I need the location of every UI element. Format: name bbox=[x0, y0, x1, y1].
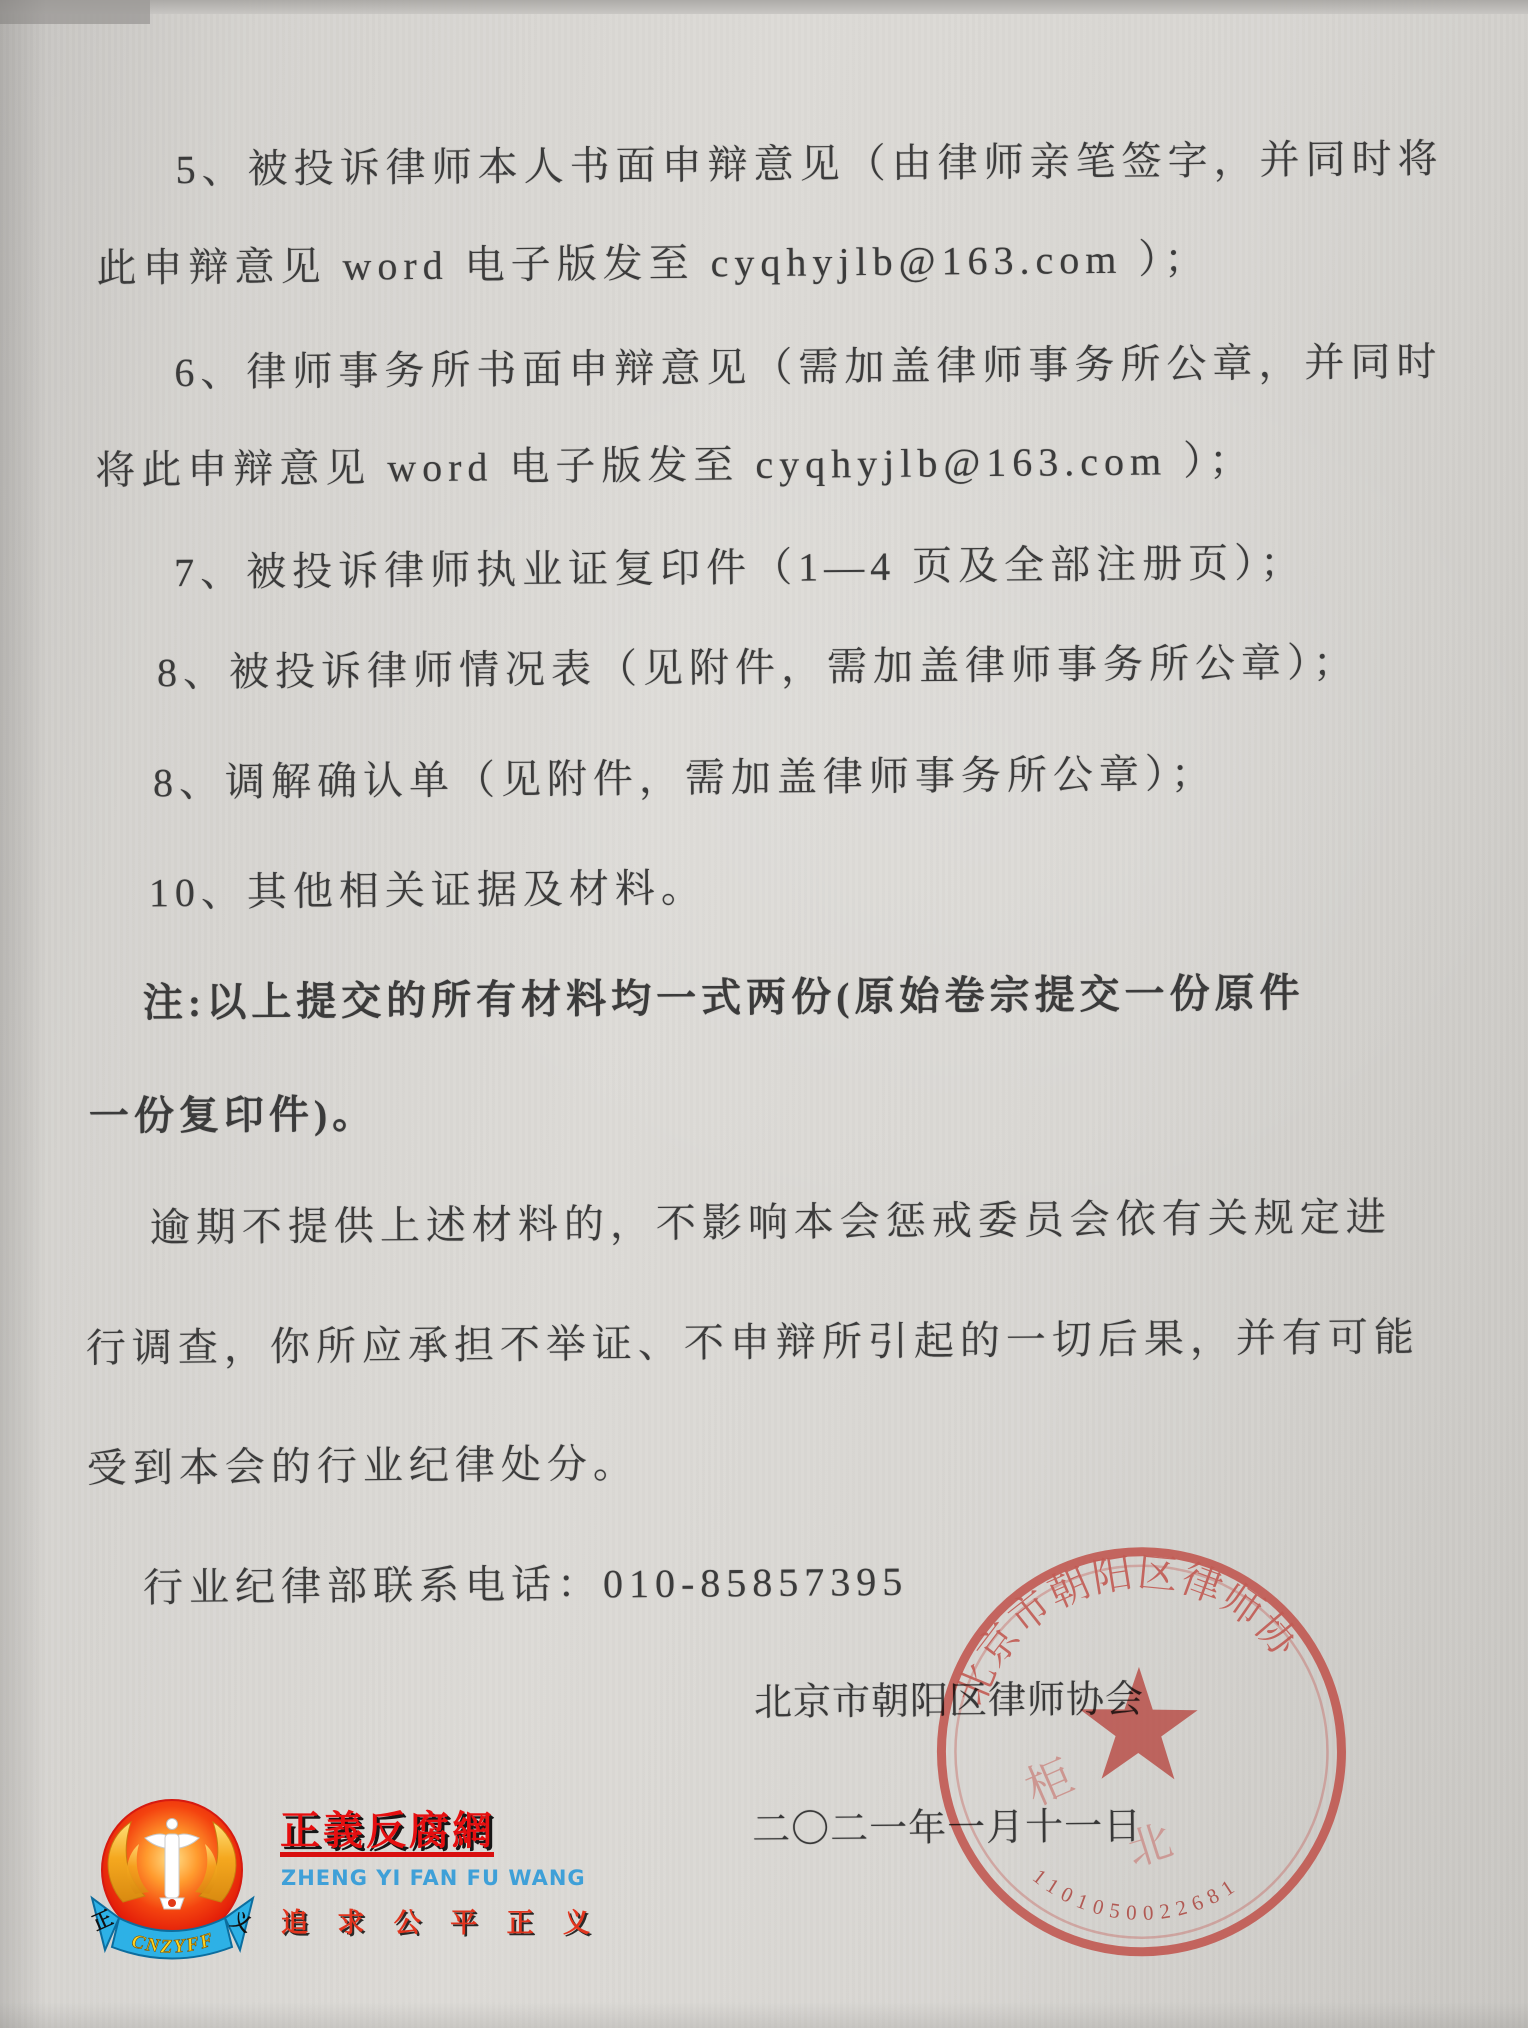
doc-line-item5: 5、被投诉律师本人书面申辩意见（由律师亲笔签字，并同时将 bbox=[175, 127, 1443, 195]
logo-slogan: 追 求 公 平 正 义 bbox=[281, 1901, 600, 1940]
seal-star-icon bbox=[1075, 1660, 1206, 1790]
doc-line-warning1: 逾期不提供上述材料的，不影响本会惩戒委员会依有关规定进 bbox=[150, 1186, 1392, 1254]
doc-line-item8: 8、被投诉律师情况表（见附件，需加盖律师事务所公章）； bbox=[157, 631, 1359, 698]
doc-line-item7: 7、被投诉律师执业证复印件（1—4 页及全部注册页）； bbox=[174, 531, 1306, 598]
seal-inner-char: 柜 bbox=[1018, 1750, 1081, 1815]
seal-rim-text: 北京市朝阳区律师协会 bbox=[878, 1488, 1312, 1726]
logo-badge-icon: 正 义 CNZYFF bbox=[85, 1782, 260, 1967]
logo-divider bbox=[280, 1852, 494, 1857]
seal-inner-char: 北 bbox=[1122, 1816, 1179, 1876]
scanned-document-photo: { "page": { "paper_color": "#d8d6d2", "i… bbox=[0, 0, 1528, 2028]
official-seal: 北京市朝阳区律师协会 1101050022681 柜 北 bbox=[878, 1488, 1405, 2015]
doc-line-note2: 一份复印件)。 bbox=[89, 1082, 378, 1142]
doc-line-item8b: 8、调解确认单（见附件，需加盖律师事务所公章）； bbox=[153, 742, 1217, 808]
doc-line-item10: 10、其他相关证据及材料。 bbox=[149, 856, 707, 918]
document-scan: 5、被投诉律师本人书面申辩意见（由律师亲笔签字，并同时将 此申辩意见 word … bbox=[0, 0, 1528, 2028]
doc-line-item5b: 此申辩意见 word 电子版发至 cyqhyjlb@163.com ）； bbox=[96, 227, 1210, 294]
doc-line-phone: 行业纪律部联系电话：010-85857395 bbox=[143, 1550, 909, 1614]
logo-subtitle: ZHENG YI FAN FU WANG bbox=[281, 1866, 586, 1890]
doc-line-item6: 6、律师事务所书面申辩意见（需加盖律师事务所公章，并同时 bbox=[174, 330, 1442, 398]
doc-line-warning2: 行调查，你所应承担不举证、不申辩所引起的一切后果，并有可能 bbox=[86, 1305, 1420, 1374]
doc-line-note: 注:以上提交的所有材料均一式两份(原始卷宗提交一份原件 bbox=[143, 961, 1305, 1028]
doc-line-warning3: 受到本会的行业纪律处分。 bbox=[87, 1432, 639, 1494]
logo-title: 正義反腐網 bbox=[280, 1799, 495, 1856]
doc-line-item6b: 将此申辩意见 word 电子版发至 cyqhyjlb@163.com ）； bbox=[95, 429, 1255, 496]
